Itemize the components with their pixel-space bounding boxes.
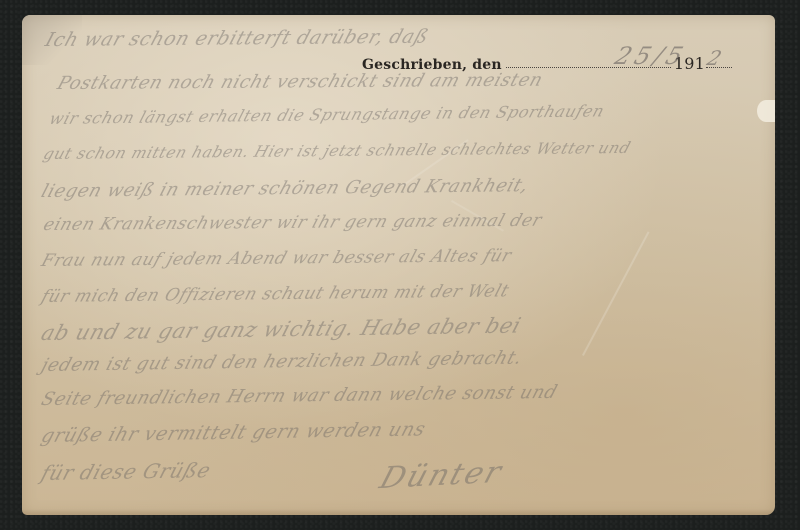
handwritten-line: Ich war schon erbitterft darüber, daß <box>43 26 432 51</box>
handwritten-line: für diese Grüße <box>38 458 214 485</box>
handwritten-line: liegen weiß in meiner schönen Gegend Kra… <box>39 175 532 202</box>
handwritten-signature: Dünter <box>376 455 508 496</box>
handwritten-line: jedem ist gut sind den herzlichen Dank g… <box>39 347 525 376</box>
handwritten-line: einen Krankenschwester wir ihr gern ganz… <box>41 211 545 235</box>
handwritten-line: für mich den Offizieren schaut herum mit… <box>39 281 512 307</box>
handwritten-line: gut schon mitten haben. Hier ist jetzt s… <box>41 139 633 163</box>
handwritten-message: Ich war schon erbitterft darüber, daß Po… <box>36 15 756 515</box>
handwritten-line: ab und zu gar ganz wichtig. Habe aber be… <box>38 313 524 345</box>
handwritten-line: Postkarten noch nicht verschickt sind am… <box>55 70 546 94</box>
handwritten-line: Frau nun auf jedem Abend war besser als … <box>39 246 514 271</box>
edge-tear <box>757 100 775 122</box>
handwritten-line: grüße ihr vermittelt gern werden uns <box>39 418 429 447</box>
postcard: Geschrieben, den 25/5 191 2 Ich war scho… <box>22 15 775 515</box>
handwritten-line: wir schon längst erhalten die Sprungstan… <box>47 101 607 128</box>
handwritten-line: Seite freundlichen Herrn war dann welche… <box>39 382 561 410</box>
